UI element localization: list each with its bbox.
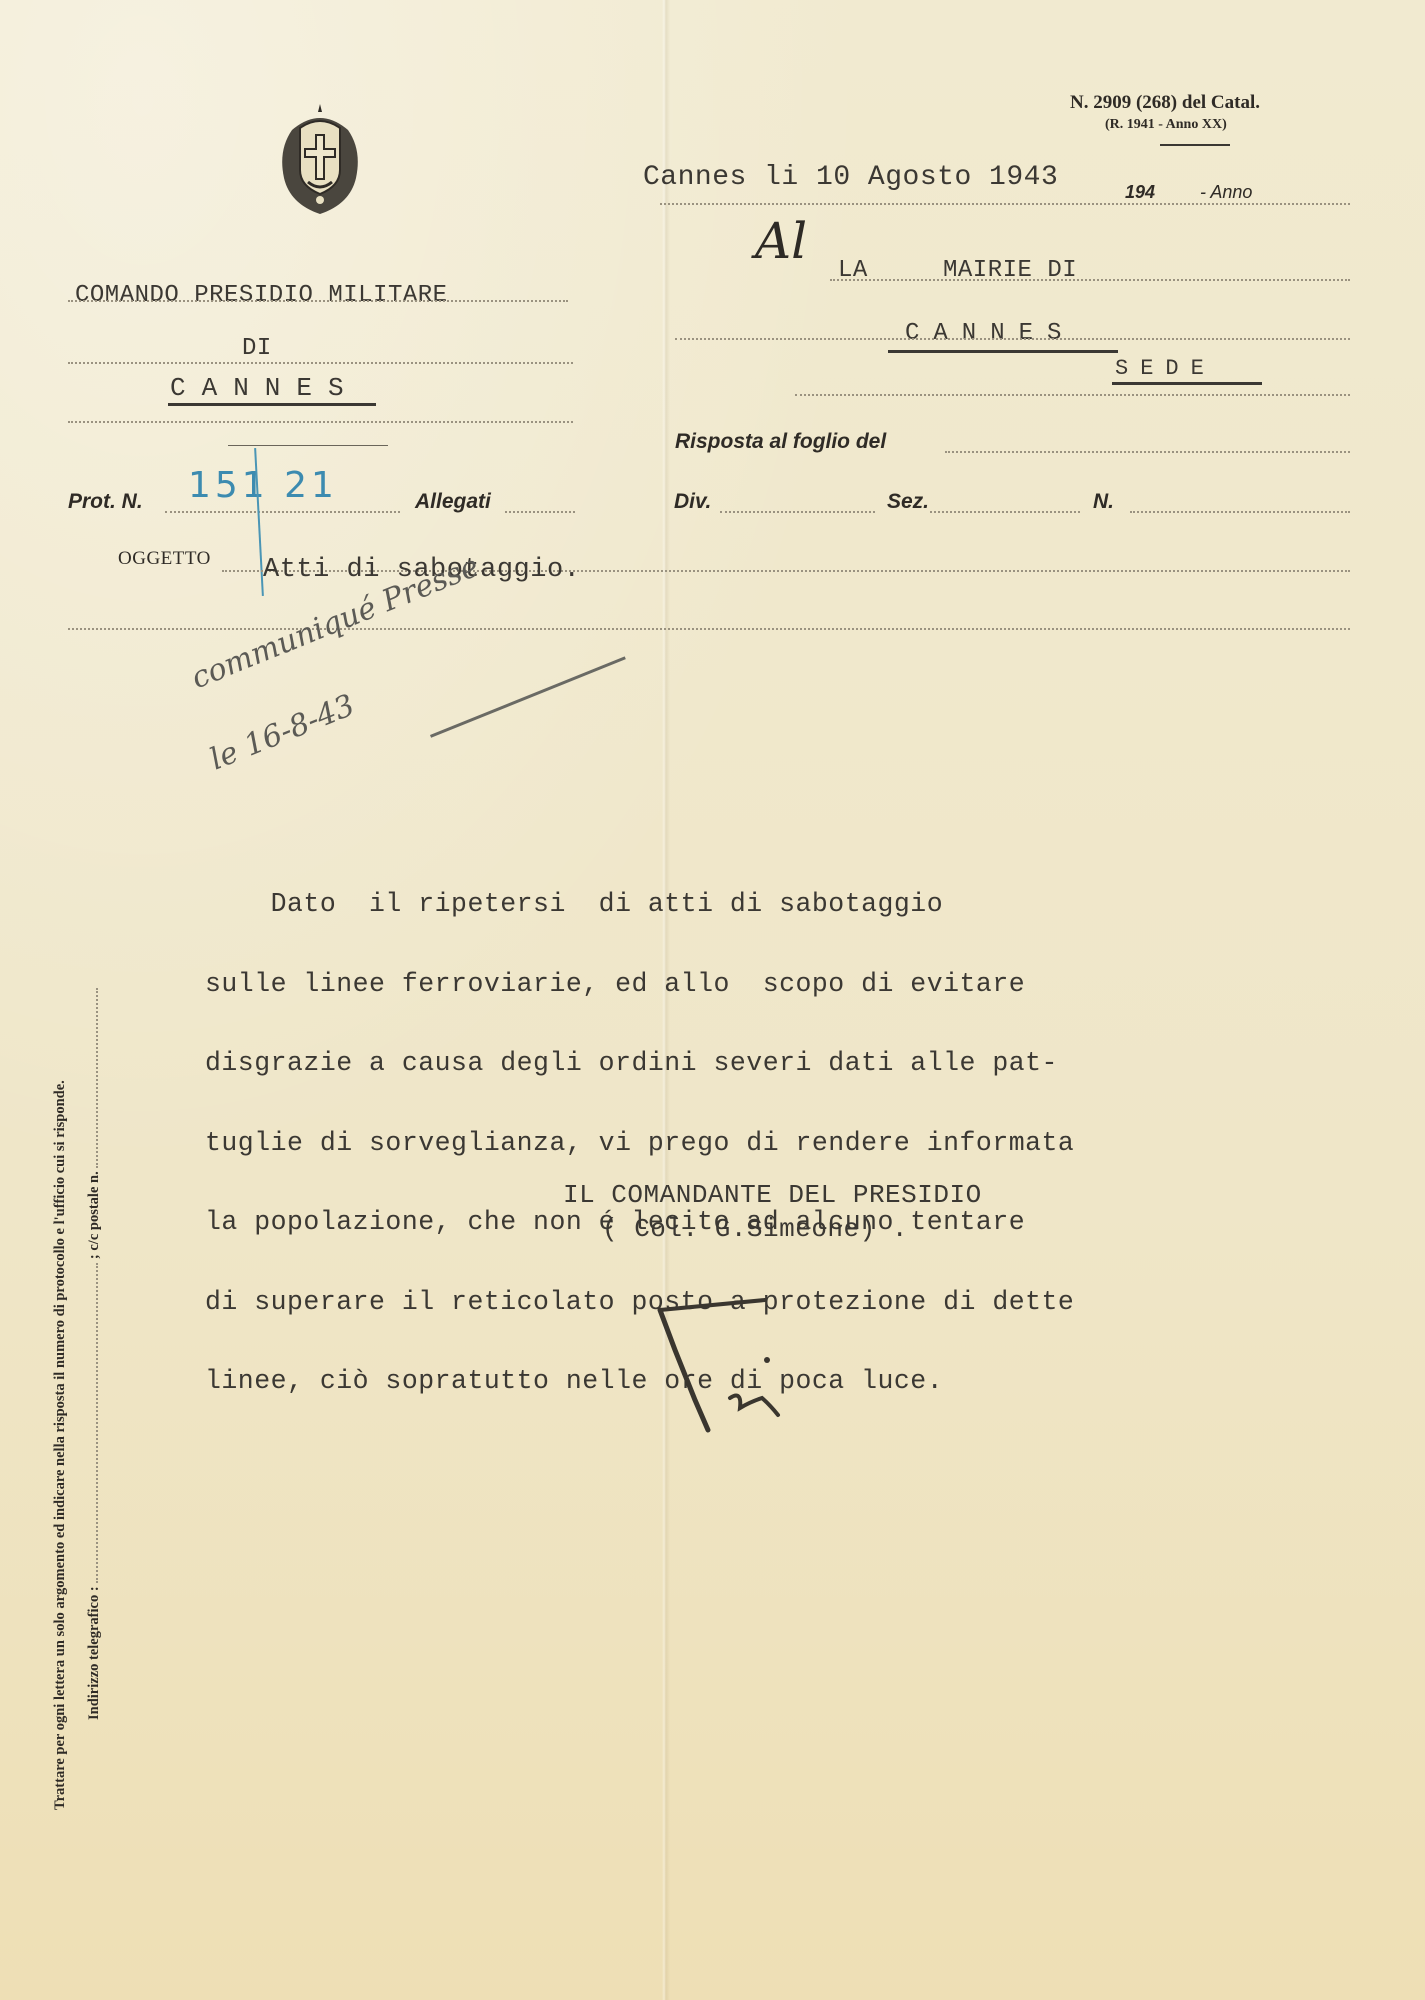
sez-field: [930, 511, 1080, 513]
handwritten-signature-icon: [650, 1290, 800, 1440]
signatory-name: ( Col. G.Simeone) .: [602, 1214, 908, 1244]
divider-rule: [228, 445, 388, 446]
sez-label: Sez.: [887, 490, 929, 514]
office-di: DI: [242, 335, 272, 362]
body-line: linee, ciò sopratutto nelle ore di poca …: [205, 1368, 1074, 1395]
catalog-number: N. 2909 (268) del Catal.: [1070, 92, 1260, 114]
telegraph-label: Indirizzo telegrafico :: [86, 1586, 102, 1720]
side-note-address: Indirizzo telegrafico : ; c/c postale n.: [86, 988, 103, 1720]
recipient-salutation: Al: [755, 212, 807, 270]
recipient-city: CANNES: [905, 320, 1075, 347]
office-city: CANNES: [170, 373, 360, 403]
body-line: Dato il ripetersi di atti di sabotaggio: [205, 891, 1074, 918]
prot-field: [165, 511, 400, 513]
savoy-crest-icon: [270, 100, 370, 218]
n-field: [1130, 511, 1350, 513]
recipient-sede: SEDE: [1115, 356, 1216, 381]
postal-label: ; c/c postale n.: [86, 1171, 102, 1259]
dotted-line: [660, 203, 1350, 205]
risposta-label: Risposta al foglio del: [675, 430, 886, 454]
dotted-line: [795, 394, 1350, 396]
year-prefix: 194: [1125, 182, 1155, 203]
anno-label: - Anno: [1200, 182, 1252, 203]
body-line: di superare il reticolato posto a protez…: [205, 1289, 1074, 1316]
postal-field: [96, 988, 98, 1168]
office-name: COMANDO PRESIDIO MILITARE: [75, 282, 448, 309]
dotted-line: [830, 279, 1350, 281]
date-line: Cannes li 10 Agosto 1943: [643, 162, 1058, 193]
dotted-line: [68, 362, 573, 364]
div-label: Div.: [674, 490, 711, 514]
n-label: N.: [1093, 490, 1114, 514]
allegati-label: Allegati: [415, 490, 491, 514]
telegraph-field: [96, 1263, 98, 1583]
body-line: sulle linee ferroviarie, ed allo scopo d…: [205, 971, 1074, 998]
catalog-subtitle: (R. 1941 - Anno XX): [1105, 117, 1227, 133]
recipient-city-underline: [888, 350, 1118, 353]
letter-body: Dato il ripetersi di atti di sabotaggio …: [205, 838, 1074, 1421]
prot-number-stamp: 151 21: [188, 465, 338, 506]
office-city-underline: [168, 403, 376, 406]
dotted-line: [68, 300, 568, 302]
body-line: disgrazie a causa degli ordini severi da…: [205, 1050, 1074, 1077]
recipient-sede-underline: [1112, 382, 1262, 385]
allegati-field: [505, 511, 575, 513]
risposta-field: [945, 451, 1350, 453]
oggetto-label: OGGETTO: [118, 548, 211, 570]
div-field: [720, 511, 875, 513]
dotted-line: [68, 421, 573, 423]
side-note-instructions: Trattare per ogni lettera un solo argome…: [52, 1080, 69, 1810]
dotted-line: [675, 338, 1350, 340]
body-line: tuglie di sorveglianza, vi prego di rend…: [205, 1130, 1074, 1157]
signatory-title: IL COMANDANTE DEL PRESIDIO: [563, 1180, 982, 1210]
prot-label: Prot. N.: [68, 490, 143, 514]
catalog-rule: [1160, 144, 1230, 146]
